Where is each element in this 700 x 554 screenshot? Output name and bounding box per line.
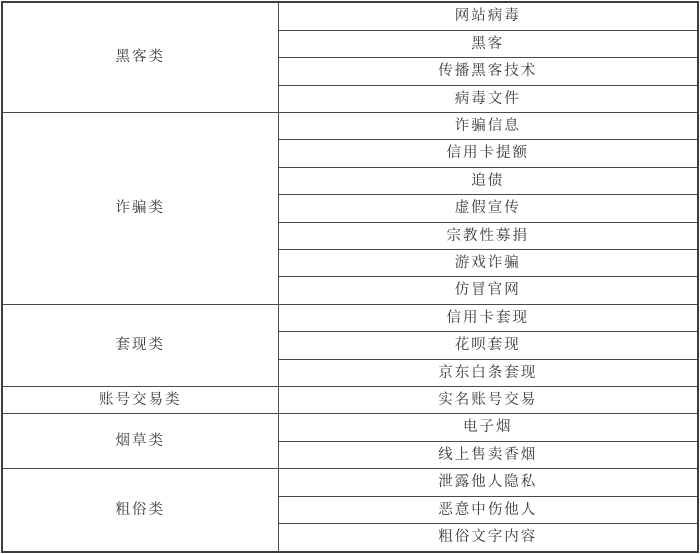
category-cell-hacker: 黑客类	[2, 2, 278, 113]
item-cell: 京东白条套现	[278, 359, 698, 386]
item-cell: 网站病毒	[278, 2, 698, 30]
item-cell: 追债	[278, 167, 698, 194]
item-cell: 泄露他人隐私	[278, 469, 698, 496]
category-cell-tobacco: 烟草类	[2, 414, 278, 469]
item-cell: 信用卡套现	[278, 304, 698, 331]
item-cell: 病毒文件	[278, 85, 698, 112]
item-cell: 花呗套现	[278, 332, 698, 359]
table-row: 粗俗类 泄露他人隐私	[2, 469, 698, 496]
table-row: 账号交易类 实名账号交易	[2, 387, 698, 414]
item-cell: 传播黑客技术	[278, 58, 698, 85]
item-cell: 电子烟	[278, 414, 698, 441]
category-cell-account-trade: 账号交易类	[2, 387, 278, 414]
item-cell: 游戏诈骗	[278, 250, 698, 277]
item-cell: 恶意中伤他人	[278, 496, 698, 523]
item-cell: 黑客	[278, 30, 698, 57]
category-table: 黑客类 网站病毒 黑客 传播黑客技术 病毒文件 诈骗类 诈骗信息 信用卡提额 追…	[1, 1, 699, 553]
item-cell: 信用卡提额	[278, 140, 698, 167]
item-cell: 粗俗文字内容	[278, 524, 698, 552]
item-cell: 实名账号交易	[278, 387, 698, 414]
item-cell: 虚假宣传	[278, 195, 698, 222]
category-cell-vulgar: 粗俗类	[2, 469, 278, 552]
category-cell-cashout: 套现类	[2, 304, 278, 386]
item-cell: 诈骗信息	[278, 113, 698, 140]
table-row: 烟草类 电子烟	[2, 414, 698, 441]
item-cell: 宗教性募捐	[278, 222, 698, 249]
category-cell-fraud: 诈骗类	[2, 113, 278, 305]
item-cell: 仿冒官网	[278, 277, 698, 304]
table-row: 套现类 信用卡套现	[2, 304, 698, 331]
item-cell: 线上售卖香烟	[278, 441, 698, 468]
table-row: 诈骗类 诈骗信息	[2, 113, 698, 140]
table-row: 黑客类 网站病毒	[2, 2, 698, 30]
